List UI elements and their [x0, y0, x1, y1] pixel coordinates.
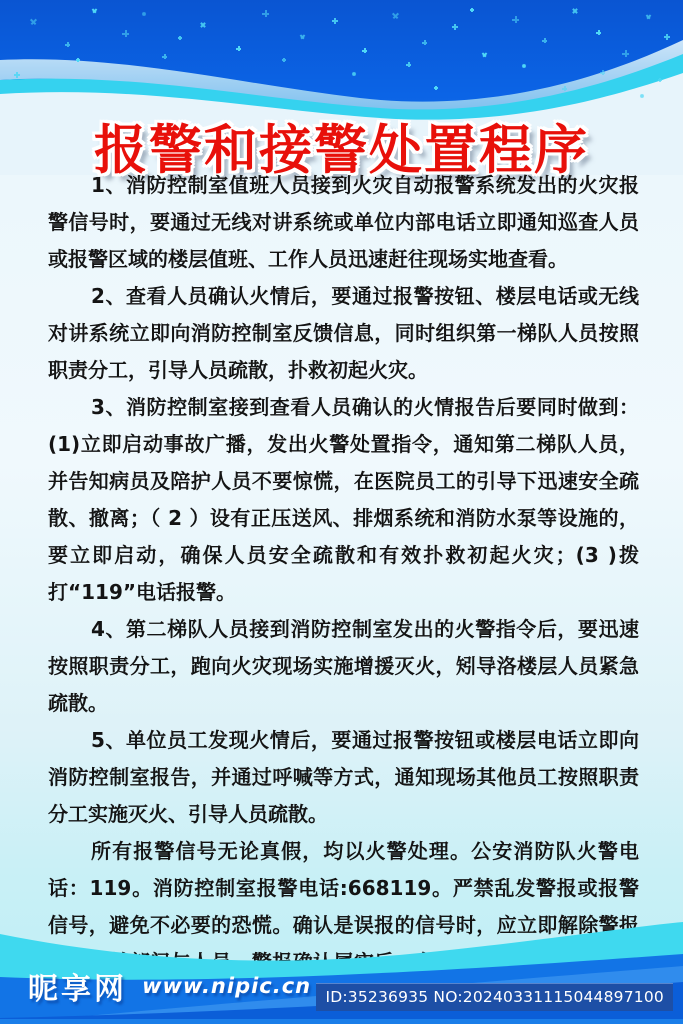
site-watermark: 昵享网 www.nipic.cn	[28, 964, 311, 1008]
paragraph: 4、第二梯队人员接到消防控制室发出的火警指令后，要迅速按照职责分工，跑向火灾现场…	[48, 611, 639, 722]
paragraph: 3、消防控制室接到查看人员确认的火情报告后要同时做到： (1)立即启动事故广播，…	[48, 389, 639, 611]
fire-alarm-procedure-poster: 报警和接警处置程序 1、消防控制室值班人员接到火灾自动报警系统发出的火灾报警信号…	[0, 0, 683, 1024]
paragraph: 1、消防控制室值班人员接到火灾自动报警系统发出的火灾报警信号时，要通过无线对讲系…	[48, 167, 639, 278]
paragraph: 5、单位员工发现火情后，要通过报警按钮或楼层电话立即向消防控制室报告，并通过呼喊…	[48, 722, 639, 833]
site-logo-text: 昵享网	[28, 972, 127, 1007]
paragraph: 2、查看人员确认火情后，要通过报警按钮、楼层电话或无线对讲系统立即向消防控制室反…	[48, 278, 639, 389]
site-url-text: www.nipic.cn	[142, 974, 311, 998]
watermark-id-badge: ID:35236935 NO:20240331115044897100	[316, 983, 673, 1011]
